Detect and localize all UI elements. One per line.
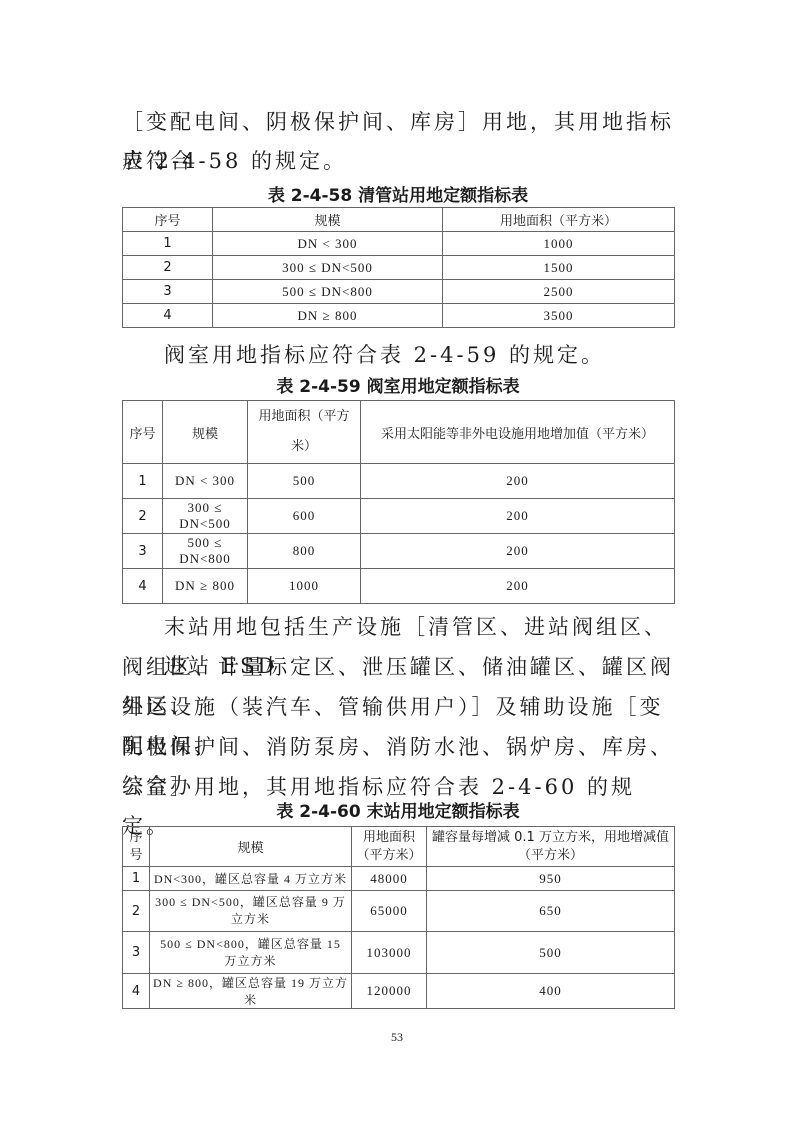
table-60-caption: 表 2-4-60 末站用地定额指标表: [122, 801, 674, 823]
row-index: 2: [123, 499, 163, 534]
scale-cell: DN < 300: [213, 232, 443, 256]
increment-cell: 400: [427, 974, 675, 1009]
increment-cell: 500: [427, 932, 675, 974]
scale-cell: 300 ≤ DN<500: [163, 499, 248, 534]
header-cell: 序号: [123, 827, 150, 867]
row-index: 4: [123, 304, 213, 328]
table-row: 1 DN<300，罐区总容量 4 万立方米 48000 950: [123, 867, 675, 891]
area-cell: 1000: [248, 569, 361, 604]
scale-cell: 500 ≤ DN<800: [213, 280, 443, 304]
document-page: ［变配电间、阴极保护间、库房］用地，其用地指标应符合 表 2-4-58 的规定。…: [0, 0, 794, 1122]
table-row: 1 DN < 300 1000: [123, 232, 675, 256]
header-cell: 序号: [123, 401, 163, 464]
area-cell: 48000: [352, 867, 427, 891]
header-cell: 采用太阳能等非外电设施用地增加值（平方米）: [361, 401, 675, 464]
table-row: 2 300 ≤ DN<500，罐区总容量 9 万立方米 65000 650: [123, 891, 675, 932]
table-row: 4 DN ≥ 800 3500: [123, 304, 675, 328]
header-cell: 序号: [123, 208, 213, 232]
row-index: 3: [123, 534, 163, 569]
header-cell: 罐容量每增减 0.1 万立方米，用地增减值（平方米）: [427, 827, 675, 867]
scale-cell: DN ≥ 800，罐区总容量 19 万立方米: [150, 974, 352, 1009]
header-cell: 用地面积（平方米）: [443, 208, 675, 232]
scale-cell: DN<300，罐区总容量 4 万立方米: [150, 867, 352, 891]
table-row: 4 DN ≥ 800 1000 200: [123, 569, 675, 604]
table-header-row: 序号 规模 用地面积（平方米） 采用太阳能等非外电设施用地增加值（平方米）: [123, 401, 675, 464]
header-cell: 用地面积（平方米）: [248, 401, 361, 464]
area-cell: 800: [248, 534, 361, 569]
header-cell: 规模: [213, 208, 443, 232]
paragraph-line: 阀室用地指标应符合表 2-4-59 的规定。: [164, 336, 674, 375]
header-cell: 用地面积（平方米）: [352, 827, 427, 867]
area-cell: 120000: [352, 974, 427, 1009]
table-row: 1 DN < 300 500 200: [123, 464, 675, 499]
scale-cell: 500 ≤ DN<800，罐区总容量 15 万立方米: [150, 932, 352, 974]
row-index: 2: [123, 256, 213, 280]
paragraph-line: 表 2-4-58 的规定。: [122, 142, 674, 181]
scale-cell: 500 ≤ DN<800: [163, 534, 248, 569]
table-58: 序号 规模 用地面积（平方米） 1 DN < 300 1000 2 300 ≤ …: [122, 207, 675, 328]
scale-cell: DN ≥ 800: [213, 304, 443, 328]
row-index: 2: [123, 891, 150, 932]
table-row: 2 300 ≤ DN<500 1500: [123, 256, 675, 280]
row-index: 3: [123, 932, 150, 974]
table-59: 序号 规模 用地面积（平方米） 采用太阳能等非外电设施用地增加值（平方米） 1 …: [122, 400, 675, 604]
table-59-caption: 表 2-4-59 阀室用地定额指标表: [122, 376, 674, 398]
page-number: 53: [0, 1030, 794, 1045]
increase-cell: 200: [361, 534, 675, 569]
table-row: 3 500 ≤ DN<800，罐区总容量 15 万立方米 103000 500: [123, 932, 675, 974]
row-index: 4: [123, 974, 150, 1009]
scale-cell: DN ≥ 800: [163, 569, 248, 604]
table-row: 3 500 ≤ DN<800 800 200: [123, 534, 675, 569]
row-index: 4: [123, 569, 163, 604]
table-header-row: 序号 规模 用地面积（平方米）: [123, 208, 675, 232]
area-cell: 2500: [443, 280, 675, 304]
scale-cell: 300 ≤ DN<500: [213, 256, 443, 280]
increase-cell: 200: [361, 569, 675, 604]
table-60: 序号 规模 用地面积（平方米） 罐容量每增减 0.1 万立方米，用地增减值（平方…: [122, 826, 675, 1009]
header-cell: 规模: [150, 827, 352, 867]
table-header-row: 序号 规模 用地面积（平方米） 罐容量每增减 0.1 万立方米，用地增减值（平方…: [123, 827, 675, 867]
increment-cell: 950: [427, 867, 675, 891]
area-cell: 1500: [443, 256, 675, 280]
table-row: 4 DN ≥ 800，罐区总容量 19 万立方米 120000 400: [123, 974, 675, 1009]
scale-cell: DN < 300: [163, 464, 248, 499]
area-cell: 65000: [352, 891, 427, 932]
scale-cell: 300 ≤ DN<500，罐区总容量 9 万立方米: [150, 891, 352, 932]
area-cell: 1000: [443, 232, 675, 256]
area-cell: 103000: [352, 932, 427, 974]
header-cell: 规模: [163, 401, 248, 464]
increase-cell: 200: [361, 464, 675, 499]
row-index: 1: [123, 464, 163, 499]
table-58-caption: 表 2-4-58 清管站用地定额指标表: [122, 185, 674, 207]
area-cell: 3500: [443, 304, 675, 328]
table-row: 3 500 ≤ DN<800 2500: [123, 280, 675, 304]
row-index: 1: [123, 867, 150, 891]
area-cell: 500: [248, 464, 361, 499]
row-index: 1: [123, 232, 213, 256]
area-cell: 600: [248, 499, 361, 534]
row-index: 3: [123, 280, 213, 304]
increment-cell: 650: [427, 891, 675, 932]
table-row: 2 300 ≤ DN<500 600 200: [123, 499, 675, 534]
increase-cell: 200: [361, 499, 675, 534]
